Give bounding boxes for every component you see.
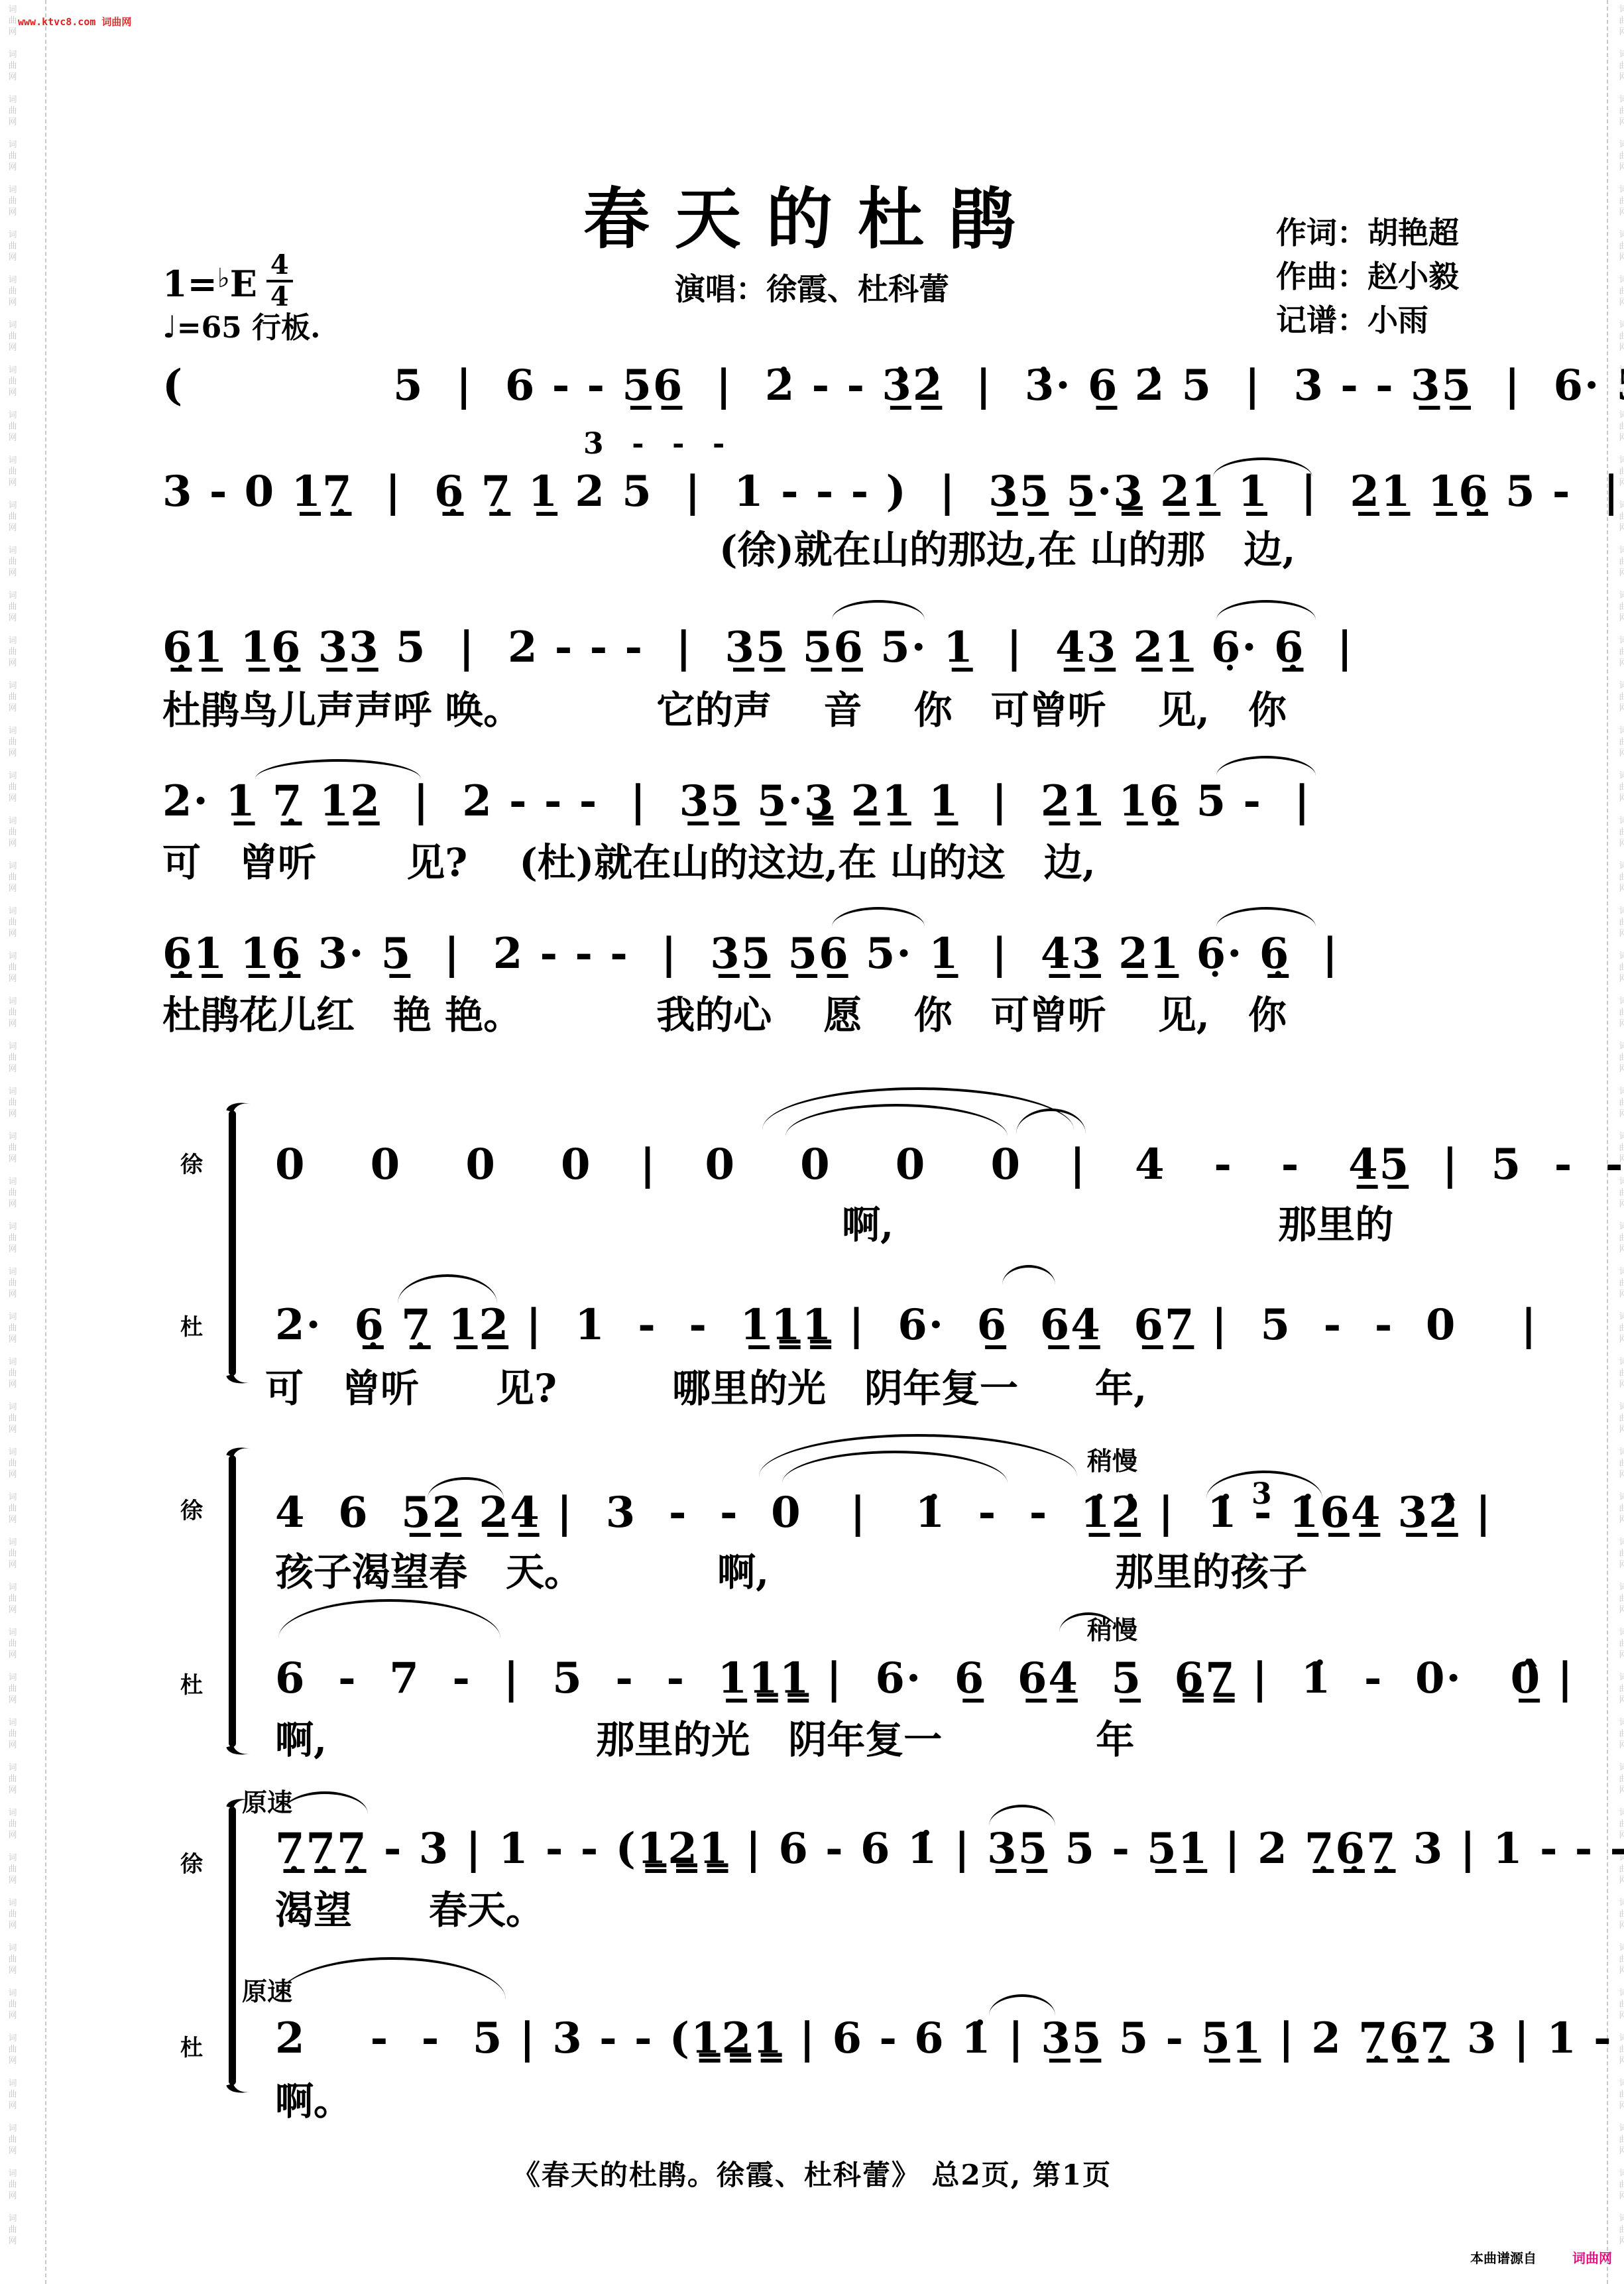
voice-label-du-c: 杜 — [180, 2037, 203, 2059]
staff-line-5-lyrics: 杜鹃花儿红 艳 艳。 我的心 愿 你 可曾听 见, 你 — [162, 996, 1287, 1034]
voice-label-du-a: 杜 — [180, 1316, 203, 1339]
du-a-lyrics: 可 曾听 见? 哪里的光 阴年复一 年, — [265, 1369, 1147, 1408]
slur-arc — [989, 1994, 1055, 2015]
system-brace-a — [229, 1111, 236, 1376]
system-brace-b — [229, 1455, 236, 1747]
slur-arc — [832, 600, 925, 620]
voice-label-xu-a: 徐 — [180, 1154, 203, 1176]
slur-arc — [278, 1599, 500, 1638]
voice-label-xu-c: 徐 — [180, 1853, 203, 1876]
slur-arc — [1216, 907, 1316, 927]
slur-arc — [282, 1791, 368, 1814]
staff-line-5-notes: 6̣̲1̲ 1̲6̣̲ 3· 5̲ | 2 - - - | 3̲5̲ 5̲6̲ … — [162, 930, 1475, 979]
source-note: 本曲谱源自词曲网 — [1470, 2248, 1612, 2267]
voice-label-du-b: 杜 — [180, 1674, 203, 1697]
slur-arc — [398, 1274, 497, 1303]
xu-a-notes: 0 0 0 0 | 0 0 0 0 | 4 - - 4̲5̲ | 5 - - 1… — [275, 1140, 1475, 1189]
slur-arc — [1213, 457, 1312, 477]
site-watermark: www.ktvc8.com 词曲网 — [18, 15, 131, 29]
time-signature: 44 — [266, 252, 293, 310]
slur-arc — [1002, 1265, 1055, 1285]
xu-a-lyrics: 啊, 那里的 — [842, 1205, 1393, 1244]
du-b-lyrics: 啊, 那里的光 阴年复一 年 — [275, 1720, 1134, 1759]
xu-b-lyrics: 孩子渴望春 天。 啊, 那里的孩子 — [275, 1553, 1307, 1591]
du-b-notes: 6 - 7 - | 5 - - 1̲1̳1̳ | 6· 6̲ 6̲4̲ 5̲ 6… — [275, 1654, 1475, 1703]
left-dashed-edge — [45, 0, 46, 2284]
tempo-mark-shaoman-xu: 稍慢 — [1087, 1449, 1137, 1474]
slur-arc — [1216, 600, 1316, 620]
tempo-style: 行板. — [242, 311, 321, 345]
divisi-upper-voice: 3 - - - — [583, 430, 727, 459]
tempo-line: ♩=65 行板. — [162, 304, 320, 346]
voice-label-xu-b: 徐 — [180, 1500, 203, 1522]
xu-c-lyrics: 渴望 春天。 — [275, 1891, 544, 1929]
du-a-notes: 2· 6̣̲ 7̣̲ 1̲2̲ | 1 - - 1̲1̳1̳ | 6· 6̲ 6… — [275, 1301, 1475, 1350]
slur-arc — [1216, 756, 1316, 776]
credit-lyricist: 作词：胡艳超 — [1276, 215, 1459, 251]
slur-arc — [989, 1805, 1055, 1826]
tempo-value: =65 — [177, 311, 242, 345]
source-brand: 词曲网 — [1572, 2248, 1612, 2267]
staff-line-4-notes: 2· 1̲ 7̣̲ 1̲2̲ | 2 - - - | 3̲5̲ 5̲·3̳ 2̲… — [162, 777, 1475, 826]
right-side-watermark: 词 曲 网 词 曲 网 词 曲 网 词 曲 网 词 曲 网 词 曲 网 词 曲 … — [1612, 4, 1624, 2247]
du-c-notes: 2 - - 5 | 3 - - (1̳2̳1̳ | 6 - 6 1̇ | 3̲5… — [275, 2014, 1475, 2063]
key-prefix: 1= — [162, 263, 217, 305]
slur-arc — [428, 1477, 504, 1498]
staff-line-2-lyrics: (徐)就在山的那边,在 山的那 边, — [719, 530, 1295, 569]
flat-icon: ♭ — [217, 263, 230, 294]
key-note: E — [230, 263, 257, 305]
quarter-note-icon: ♩ — [162, 309, 177, 345]
du-c-lyrics: 啊。 — [275, 2082, 352, 2120]
staff-line-3-notes: 6̣̲1̲ 1̲6̣̲ 3̲3̲ 5 | 2 - - - | 3̲5̲ 5̲6̲… — [162, 623, 1475, 672]
page-footer: 《春天的杜鹃。徐霞、杜科蕾》 总2页, 第1页 — [0, 2153, 1624, 2193]
left-side-watermark: 词 曲 网 词 曲 网 词 曲 网 词 曲 网 词 曲 网 词 曲 网 词 曲 … — [1, 4, 24, 2247]
staff-line-1-notes: ( 5 | 6 - - 5̲6̲ | 2̇ - - 3̲̇2̲̇ | 3̇· 6… — [162, 361, 1475, 410]
system-brace-c — [229, 1807, 236, 2085]
source-prefix: 本曲谱源自 — [1470, 2248, 1537, 2267]
key-signature: 1=♭E44 — [162, 252, 293, 310]
tuplet-arc — [1206, 1471, 1322, 1498]
meter-upper: 4 — [266, 252, 293, 282]
slur-arc — [255, 759, 421, 779]
sheet-music-page: 词 曲 网 词 曲 网 词 曲 网 词 曲 网 词 曲 网 词 曲 网 词 曲 … — [0, 0, 1624, 2284]
slur-arc — [832, 907, 925, 927]
staff-line-3-lyrics: 杜鹃鸟儿声声呼 唤。 它的声 音 你 可曾听 见, 你 — [162, 691, 1287, 729]
slur-arc — [277, 1957, 506, 2000]
xu-c-notes: 7̣̲7̣̲7̣̲ - 3 | 1 - - (1̳2̳1̳ | 6 - 6 1̇… — [275, 1825, 1475, 1874]
staff-line-4-lyrics: 可 曾听 见? (杜)就在山的这边,在 山的这 边, — [162, 843, 1096, 882]
